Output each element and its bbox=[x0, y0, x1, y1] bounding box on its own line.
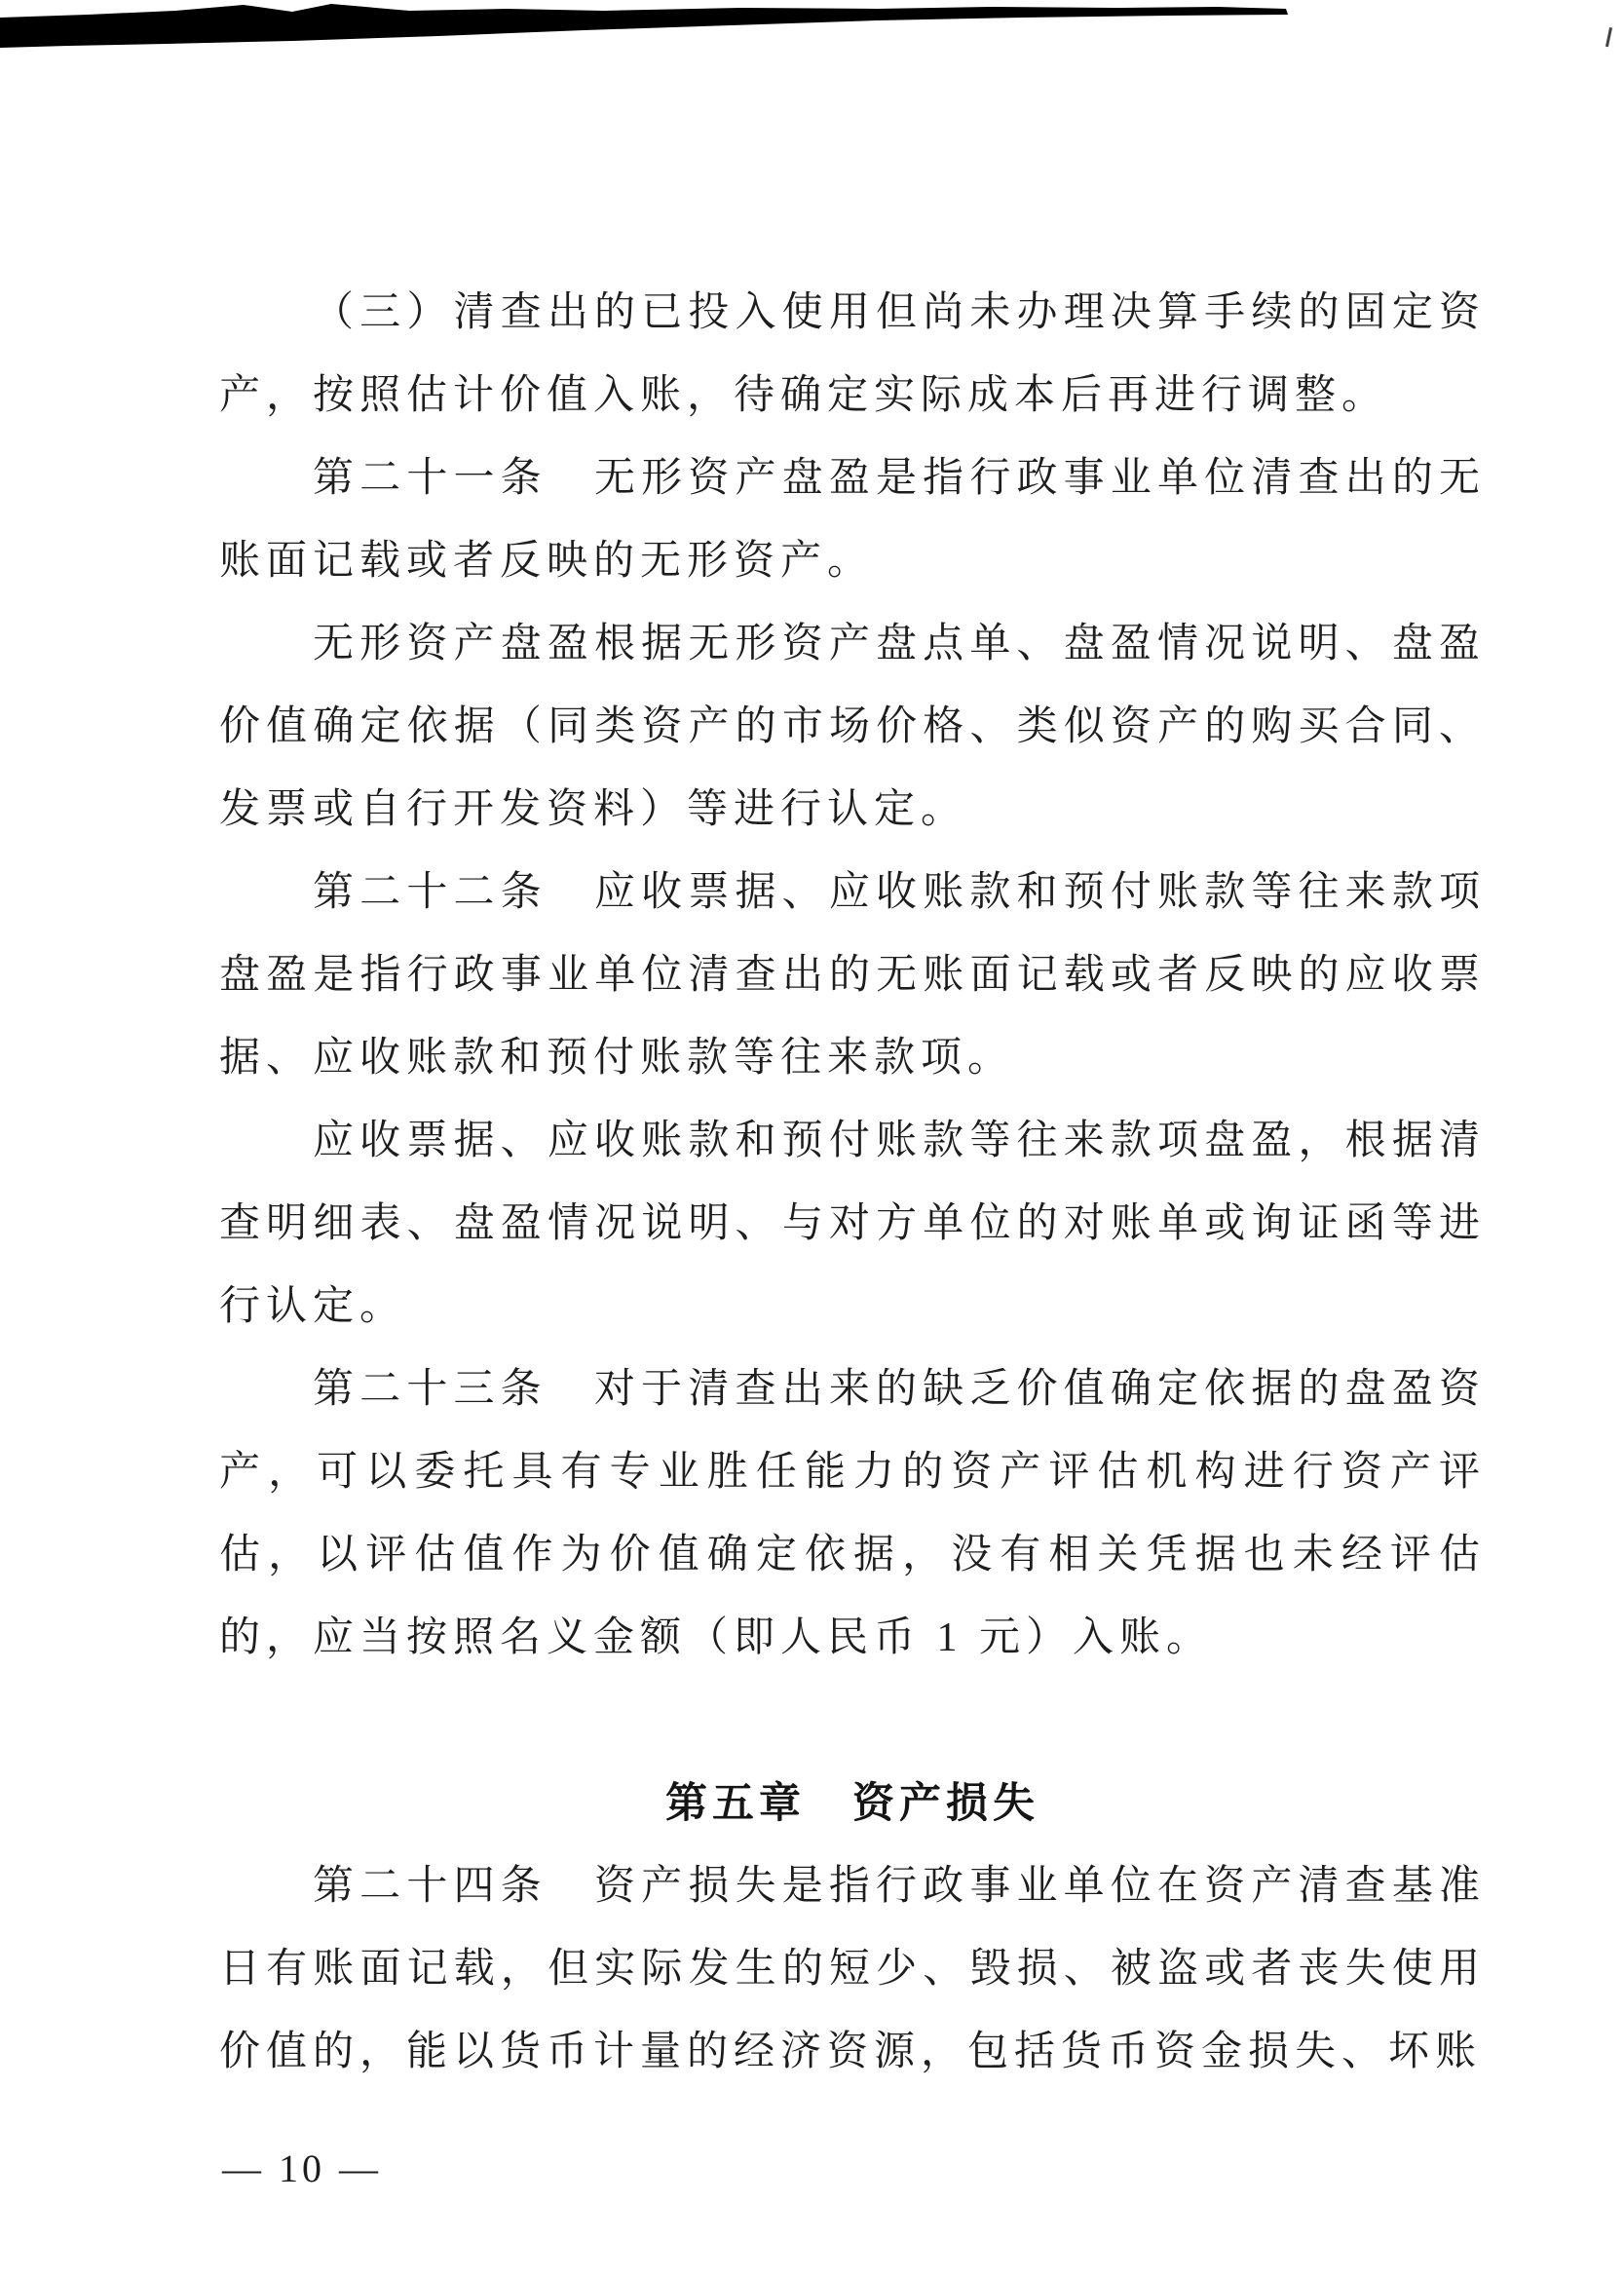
chapter-heading: 第五章 资产损失 bbox=[219, 1763, 1486, 1845]
document-body: （三）清查出的已投入使用但尚未办理决算手续的固定资产，按照估计价值入账，待确定实… bbox=[219, 272, 1486, 2094]
body-paragraph: 第二十三条 对于清查出来的缺乏价值确定依据的盘盈资产，可以委托具有专业胜任能力的… bbox=[219, 1348, 1486, 1680]
body-paragraph: 无形资产盘盈根据无形资产盘点单、盘盈情况说明、盘盈价值确定依据（同类资产的市场价… bbox=[219, 603, 1486, 852]
scan-artifact-top-band bbox=[0, 0, 1624, 68]
body-paragraph: （三）清查出的已投入使用但尚未办理决算手续的固定资产，按照估计价值入账，待确定实… bbox=[219, 272, 1486, 437]
body-paragraph: 第二十二条 应收票据、应收账款和预付账款等往来款项盘盈是指行政事业单位清查出的无… bbox=[219, 852, 1486, 1100]
page-number: — 10 — bbox=[222, 2140, 382, 2198]
document-page: （三）清查出的已投入使用但尚未办理决算手续的固定资产，按照估计价值入账，待确定实… bbox=[0, 0, 1624, 2279]
body-paragraph: 应收票据、应收账款和预付账款等往来款项盘盈，根据清查明细表、盘盈情况说明、与对方… bbox=[219, 1100, 1486, 1348]
body-paragraph: 第二十一条 无形资产盘盈是指行政事业单位清查出的无账面记载或者反映的无形资产。 bbox=[219, 437, 1486, 603]
body-paragraph: 第二十四条 资产损失是指行政事业单位在资产清查基准日有账面记载，但实际发生的短少… bbox=[219, 1845, 1486, 2094]
